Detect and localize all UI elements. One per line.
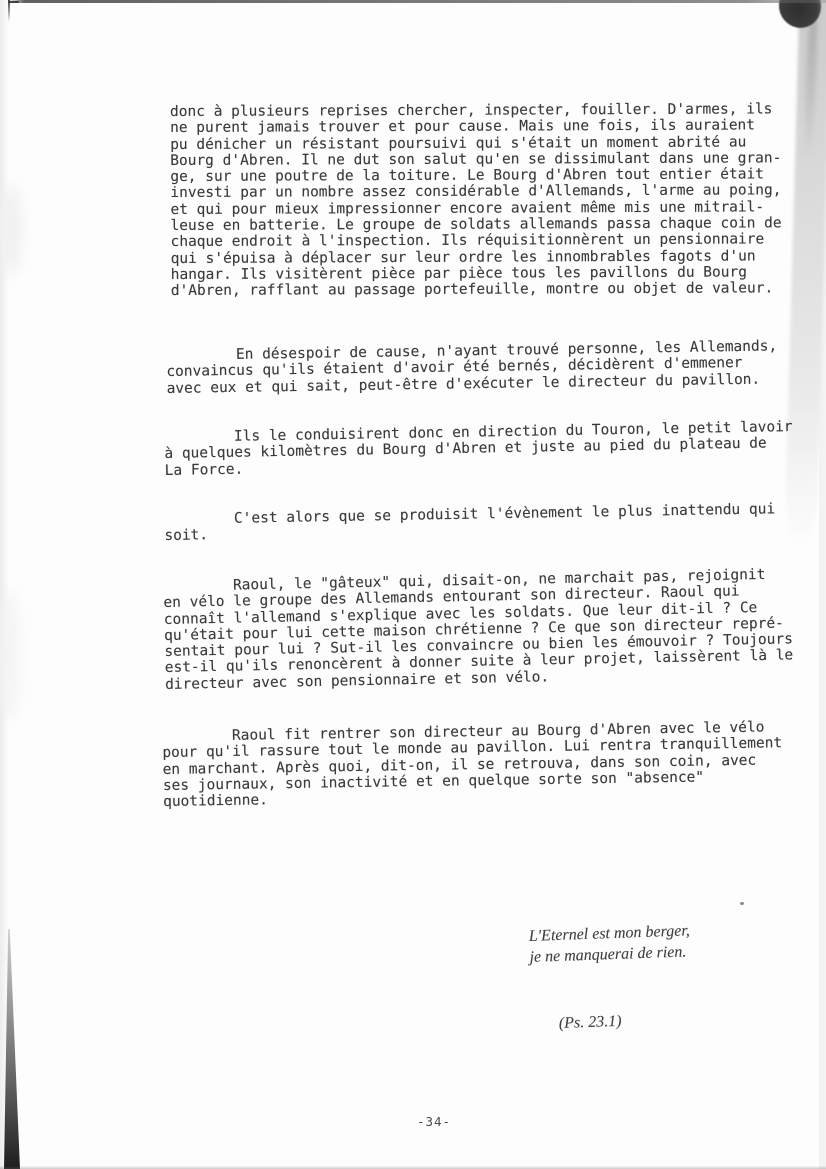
quote-text: L'Eternel est mon berger, je ne manquera… <box>528 920 690 968</box>
top-left-corner-mark <box>8 0 10 22</box>
scan-speck <box>740 902 744 905</box>
paragraph-raoul-intervenes: Raoul, le "gâteux" qui, disait-on, ne ma… <box>163 566 794 693</box>
scanned-document-page: donc à plusieurs reprises chercher, insp… <box>0 0 826 1169</box>
paragraph-unexpected-event: C'est alors que se produisit l'évènement… <box>164 501 776 544</box>
paragraph-search-of-bourg: donc à plusieurs reprises chercher, insp… <box>170 101 782 299</box>
paragraph-germans-decide: En désespoir de cause, n'ayant trouvé pe… <box>166 338 778 396</box>
left-margin-smudge <box>0 590 18 720</box>
scripture-quote: L'Eternel est mon berger, je ne manquera… <box>527 878 695 1077</box>
quote-reference: (Ps. 23.1) <box>559 1008 694 1034</box>
paragraph-direction-touron: Ils le conduisirent donc en direction du… <box>164 419 793 479</box>
paragraph-raoul-returns: Raoul fit rentrer son directeur au Bourg… <box>162 719 783 810</box>
top-scan-edge-line <box>8 0 826 3</box>
page-number: -34- <box>384 1114 484 1129</box>
left-margin-smudge <box>0 185 22 275</box>
